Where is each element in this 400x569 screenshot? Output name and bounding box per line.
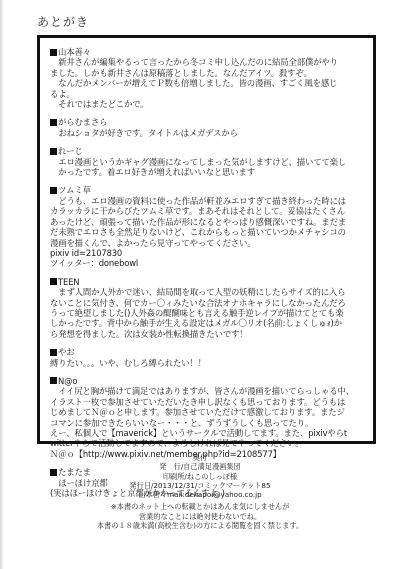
afterword-section-yamamoto: 山本善々 新井さんが編集やるって言ったから冬コミ申し込んだのに結局全部僕がやり … <box>50 47 365 109</box>
black-square-icon <box>50 148 57 155</box>
black-square-icon <box>50 119 57 126</box>
colophon-title: 奥付 <box>0 453 400 462</box>
afterword-section-teen: TEEN まず人間か人外かで迷い、結局間を取って人型の妖精にしたらサイズ的に入ら… <box>50 277 365 339</box>
comment-line: どうも、エロ漫画の資料に使った作品が軒並みエロすぎて描き終わった時には <box>50 196 365 206</box>
comment-line: イラスト一枚で参加させていただいたき申し訳なくも思っております。どうもは <box>50 397 365 407</box>
colophon-contact: 山本善々mail:dekapoi@yahoo.co.jp <box>0 490 400 499</box>
comment-line: 新井さんが編集やるって言ったから冬コミ申し込んだのに結局全部僕がやり <box>50 57 365 67</box>
afterword-section-nao: N@o イイ尻と胸が描けて満足ではありますが、皆さんが漫画を描いてらっしゃる中、… <box>50 376 365 459</box>
author-name: TEEN <box>58 277 79 287</box>
pixiv-id: pixiv id=2107830 <box>50 248 365 258</box>
author-name: れーじ <box>58 146 83 156</box>
black-square-icon <box>50 349 57 356</box>
notice-line: ※本書のネット上への転載とかはあんま気にしませんが <box>0 502 400 511</box>
comment-line: ないことに気付き、何でカー〇ィみたいな合法オナホキャラにしなかったんだろ <box>50 298 365 308</box>
section-heading: ツムミ草 <box>50 185 365 195</box>
colophon-publisher: 発 行/自己満足漫画集団 <box>0 462 400 471</box>
afterword-section-garamumasara: がらむまさら おねショタが好きです。タイトルはメガデスから <box>50 117 365 138</box>
author-name: 山本善々 <box>58 47 91 57</box>
afterword-section-yao: やお 縛りたい。。。いや、むしろ縛られたい！！ <box>50 347 365 368</box>
afterword-section-tsumumisou: ツムミ草 どうも、エロ漫画の資料に使った作品が軒並みエロすぎて描き終わった時には… <box>50 185 365 268</box>
afterword-section-reji: れーじ エロ漫画というかギャグ漫画になってしまった気がしますけど、描いてて楽し … <box>50 146 365 177</box>
comment-line: エロ漫画というかギャグ漫画になってしまった気がしますけど、描いてて楽し <box>50 157 365 167</box>
comment-line: まず人間か人外かで迷い、結局間を取って人型の妖精にしたらサイズ的に入ら <box>50 287 365 297</box>
comment-line: えー、私個人で【maverick】というサークルで活動してます。また、pixiv… <box>50 428 365 438</box>
section-heading: やお <box>50 347 365 357</box>
comment-line: なんだかメンバーが増えてＰ数も倍増しました。皆の漫画、すごく風を感じ <box>50 78 365 88</box>
comment-line: だ未熟でエロさも全然足りないけど、これからもっと描いていつかメチャシコの <box>50 227 365 237</box>
comment-line: それではまたどこかで。 <box>50 99 365 109</box>
section-heading: がらむまさら <box>50 117 365 127</box>
black-square-icon <box>50 377 57 384</box>
black-square-icon <box>50 187 57 194</box>
comment-line: カラッカラに干からびたツムミ草です。まあそれはそれとして。妥協はたくさん <box>50 206 365 216</box>
author-name: ツムミ草 <box>58 185 91 195</box>
comment-line: イイ尻と胸が描けて満足ではありますが、皆さんが漫画を描いてらっしゃる中、 <box>50 386 365 396</box>
colophon-date: 発行日/2013/12/31/コミックマーケット85 <box>0 481 400 490</box>
comment-line: コマンに参加できたらいいなー・・・と、ずうずうしくも思ってたり。 <box>50 418 365 428</box>
page-title: あとがき <box>37 13 89 30</box>
comment-line: しかったです。背中から触手が生える設定はメガル〇リオ(名前:しょくしゅｫ)か <box>50 318 365 328</box>
colophon: 奥付 発 行/自己満足漫画集団 印刷所/ねこのしっぽ様 発行日/2013/12/… <box>0 453 400 530</box>
comment-line: おねショタが好きです。タイトルはメガデスから <box>50 128 365 138</box>
comment-line: じめましてＮ＠ｏと申します。参加させていただけて感激しております。またジ <box>50 407 365 417</box>
comment-line: ら発想を得ました。次は女装か性転換描きたいです！ <box>50 329 365 339</box>
section-heading: N@o <box>50 376 365 386</box>
black-square-icon <box>50 278 57 285</box>
notice-line: 本書の１８歳未満(高校生含む)の方による閲覧を固く禁じます。 <box>0 521 400 530</box>
afterword-content: 山本善々 新井さんが編集やるって言ったから冬コミ申し込んだのに結局全部僕がやり … <box>50 47 365 505</box>
comment-line: うって絶望しました()人外姦の醍醐味とも言える触手逆レイプが描けてとても楽 <box>50 308 365 318</box>
comment-line: あったけど、頑張って描いた作品が形になるとやっぱり感慨深いですね。まだま <box>50 217 365 227</box>
comment-line: 漫画を描くんで、よかったら見守ってやってください。 <box>50 238 365 248</box>
section-heading: TEEN <box>50 277 365 287</box>
black-square-icon <box>50 49 57 56</box>
section-heading: れーじ <box>50 146 365 156</box>
colophon-printer: 印刷所/ねこのしっぽ様 <box>0 472 400 481</box>
comment-line: かったです。着エロ好きが増えればいいなと思います <box>50 167 365 177</box>
comment-line: ました。しかも新井さんは原稿落としました。なんだアイツ。殺すぞ。 <box>50 68 365 78</box>
section-heading: 山本善々 <box>50 47 365 57</box>
comment-line: witterやらで活動してますので、よろしければ見てやってください。 <box>50 438 365 448</box>
comment-line: るよ。 <box>50 89 365 99</box>
afterword-box: 山本善々 新井さんが編集やるって言ったから冬コミ申し込んだのに結局全部僕がやり … <box>37 35 376 444</box>
twitter-handle: ツイッター：donebowl <box>50 258 365 268</box>
notice-line: 営業的なことには絶対使わないでね。 <box>0 512 400 521</box>
author-name: がらむまさら <box>58 117 107 127</box>
author-name: やお <box>58 347 74 357</box>
author-name: N@o <box>58 376 77 386</box>
comment-line: 縛りたい。。。いや、むしろ縛られたい！！ <box>50 358 365 368</box>
